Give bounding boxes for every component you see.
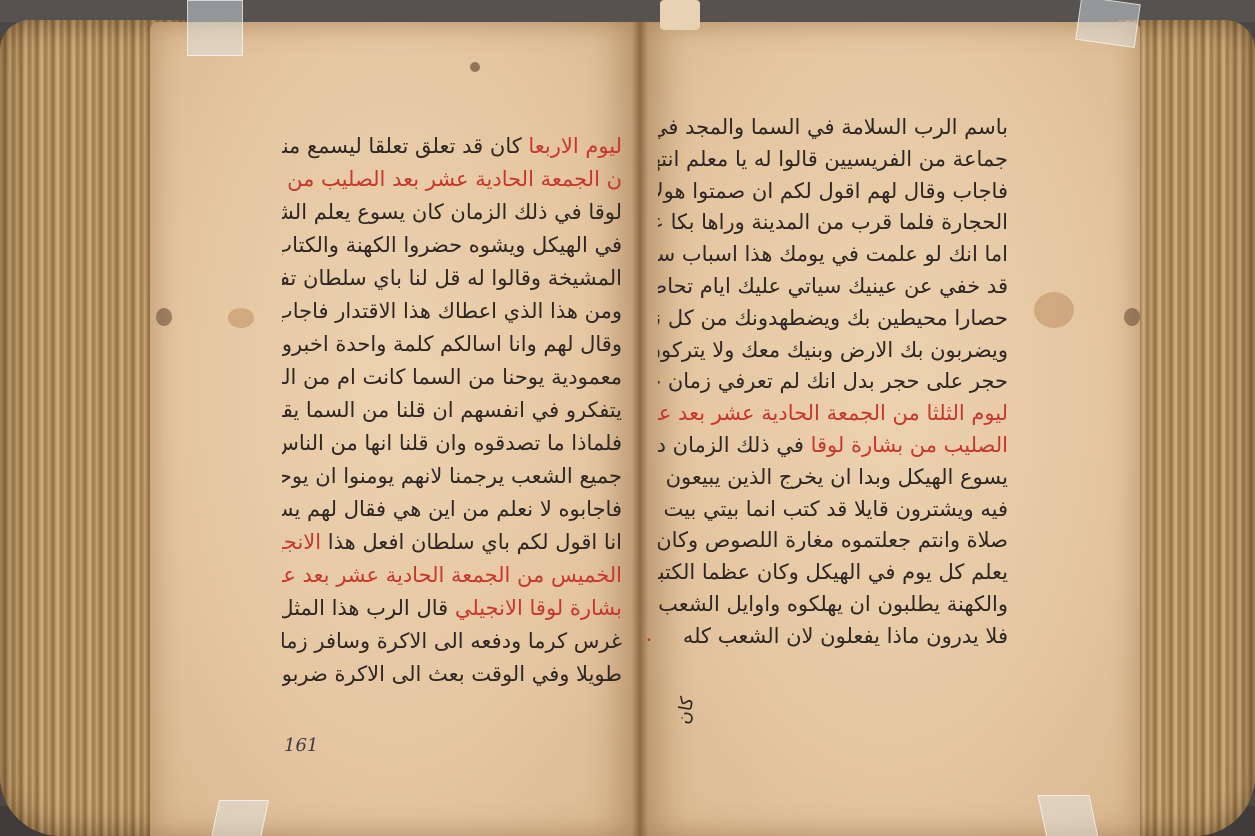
text-line: صلاة وانتم جعلتموه مغارة اللصوص وكان — [658, 525, 1008, 557]
line-text: في الهيكل ويشوه حضروا الكهنة والكتاب مع — [282, 233, 622, 257]
line-text: الحجارة فلما قرب من المدينة وراها بكا عل… — [658, 210, 1008, 234]
stain — [470, 62, 480, 72]
stain — [156, 308, 172, 326]
line-text: غرس كرما ودفعه الى الاكرة وسافر زمانا — [282, 629, 622, 653]
text-line: الصليب من بشارة لوقا في ذلك الزمان دخل — [658, 430, 1008, 462]
text-line: جميع الشعب يرجمنا لانهم يومنوا ان يوحنا … — [282, 460, 622, 493]
tape-clip — [1037, 795, 1098, 836]
margin-mark: • — [646, 635, 652, 646]
line-text: حصارا محيطين بك ويضطهدونك من كل ناحية — [658, 306, 1008, 330]
text-line: فلا يدرون ماذا يفعلون لان الشعب كله — [658, 621, 1008, 653]
text-line: فاجابوه لا نعلم من اين هي فقال لهم يسوع … — [282, 493, 622, 526]
rubric: الصليب من بشارة لوقا — [811, 433, 1008, 457]
line-text: فلا يدرون ماذا يفعلون لان الشعب كله — [683, 624, 1008, 648]
rubric: ن الجمعة الحادية عشر بعد الصليب من بشارة — [282, 167, 622, 191]
text-line: معمودية يوحنا من السما كانت ام من الناس … — [282, 361, 622, 394]
line-text: المشيخة وقالوا له قل لنا باي سلطان تفعل … — [282, 266, 622, 290]
line-text: يتفكرو في انفسهم ان قلنا من السما يقول ل… — [282, 398, 622, 422]
text-line: حصارا محيطين بك ويضطهدونك من كل ناحية — [658, 303, 1008, 335]
line-text: باسم الرب السلامة في السما والمجد في الع… — [658, 115, 1008, 139]
line-text: جميع الشعب يرجمنا لانهم يومنوا ان يوحنا … — [282, 464, 622, 488]
text-line: فلماذا ما تصدقوه وان قلنا انها من الناس … — [282, 427, 622, 460]
gutter — [632, 22, 648, 836]
text-line: يعلم كل يوم في الهيكل وكان عظما الكتبة — [658, 557, 1008, 589]
left-page-text: ليوم الاربعا كان قد تعلق تعلقا ليسمع منه… — [282, 130, 622, 691]
stain — [1124, 308, 1140, 326]
right-page-text: باسم الرب السلامة في السما والمجد في الع… — [658, 112, 1008, 653]
text-line: اما انك لو علمت في يومك هذا اسباب سلامتك… — [658, 239, 1008, 271]
text-line: الحجارة فلما قرب من المدينة وراها بكا عل… — [658, 207, 1008, 239]
line-text: في ذلك الزمان دخل — [658, 433, 804, 457]
line-text: قد خفي عن عينيك سياتي عليك ايام تحاصرك ا… — [658, 274, 1008, 298]
text-line: فاجاب وقال لهم اقول لكم ان صمتوا هولاي ت… — [658, 176, 1008, 208]
line-text: اما انك لو علمت في يومك هذا اسباب سلامتك… — [658, 242, 1008, 266]
text-line: ن الجمعة الحادية عشر بعد الصليب من بشارة — [282, 163, 622, 196]
line-text: صلاة وانتم جعلتموه مغارة اللصوص وكان — [658, 528, 1008, 552]
text-line: والكهنة يطلبون ان يهلكوه واوايل الشعب — [658, 589, 1008, 621]
text-line: جماعة من الفريسيين قالوا له يا معلم انته… — [658, 144, 1008, 176]
text-line: الخميس من الجمعة الحادية عشر بعد عيد الص… — [282, 559, 622, 592]
stain — [228, 308, 254, 328]
text-line: وقال لهم وانا اسالكم كلمة واحدة اخبروني — [282, 328, 622, 361]
text-line: ليوم الاربعا كان قد تعلق تعلقا ليسمع منه — [282, 130, 622, 163]
line-text: كان قد تعلق تعلقا ليسمع منه — [282, 134, 522, 158]
line-text: والكهنة يطلبون ان يهلكوه واوايل الشعب — [658, 592, 1008, 616]
line-text: يسوع الهيكل وبدا ان يخرج الذين يبيعون — [666, 465, 1008, 489]
text-line: باسم الرب السلامة في السما والمجد في الع… — [658, 112, 1008, 144]
line-text: انا اقول لكم باي سلطان افعل هذا — [328, 530, 622, 554]
text-line: فيه ويشترون قايلا قد كتب انما بيتي بيت — [658, 494, 1008, 526]
text-line: لوقا في ذلك الزمان كان يسوع يعلم الشعب — [282, 196, 622, 229]
text-line: حجر على حجر بدل انك لم تعرفي زمان خلاصك … — [658, 366, 1008, 398]
text-line: قد خفي عن عينيك سياتي عليك ايام تحاصرك ا… — [658, 271, 1008, 303]
rubric: ليوم الثلثا من الجمعة الحادية عشر بعد عي… — [658, 401, 1008, 425]
line-text: ومن هذا الذي اعطاك هذا الاقتدار فاجاب — [282, 299, 622, 323]
line-text: معمودية يوحنا من السما كانت ام من الناس … — [282, 365, 622, 389]
tape-clip — [1075, 0, 1141, 48]
text-line: ومن هذا الذي اعطاك هذا الاقتدار فاجاب — [282, 295, 622, 328]
line-text: فيه ويشترون قايلا قد كتب انما بيتي بيت — [664, 497, 1008, 521]
tape-clip — [187, 0, 243, 56]
text-line: المشيخة وقالوا له قل لنا باي سلطان تفعل … — [282, 262, 622, 295]
line-text: فلماذا ما تصدقوه وان قلنا انها من الناس … — [282, 431, 622, 455]
text-line: في الهيكل ويشوه حضروا الكهنة والكتاب مع — [282, 229, 622, 262]
text-line: بشارة لوقا الانجيلي قال الرب هذا المثل ا… — [282, 592, 622, 625]
stain — [1034, 292, 1074, 328]
line-text: جماعة من الفريسيين قالوا له يا معلم انته… — [658, 147, 1008, 171]
line-text: ويضربون بك الارض وبنيك معك ولا يتركون — [658, 338, 1008, 362]
line-text: فاجاب وقال لهم اقول لكم ان صمتوا هولاي ت… — [658, 179, 1008, 203]
line-text: لوقا في ذلك الزمان كان يسوع يعلم الشعب — [282, 200, 622, 224]
line-text: يعلم كل يوم في الهيكل وكان عظما الكتبة — [658, 560, 1008, 584]
rubric: الخميس من الجمعة الحادية عشر بعد عيد الص… — [282, 563, 622, 587]
spine-tab — [660, 0, 700, 30]
text-line: يسوع الهيكل وبدا ان يخرج الذين يبيعون — [658, 462, 1008, 494]
text-line: طويلا وفي الوقت بعث الى الاكرة ضربوه وار… — [282, 658, 622, 691]
rubric: بشارة لوقا الانجيلي — [455, 596, 622, 620]
rubric: ليوم الاربعا — [528, 134, 622, 158]
line-text: قال الرب هذا المثل انسان — [282, 596, 448, 620]
text-line: غرس كرما ودفعه الى الاكرة وسافر زمانا — [282, 625, 622, 658]
folio-number: 161 — [284, 735, 318, 756]
line-text: فاجابوه لا نعلم من اين هي فقال لهم يسوع … — [282, 497, 622, 521]
rubric: الانجيل ليوم — [282, 530, 321, 554]
text-line: يتفكرو في انفسهم ان قلنا من السما يقول ل… — [282, 394, 622, 427]
text-line: ويضربون بك الارض وبنيك معك ولا يتركون — [658, 335, 1008, 367]
tape-clip — [211, 800, 269, 836]
text-line: انا اقول لكم باي سلطان افعل هذا الانجيل … — [282, 526, 622, 559]
line-text: حجر على حجر بدل انك لم تعرفي زمان خلاصك — [658, 369, 1008, 393]
line-text: طويلا وفي الوقت بعث الى الاكرة ضربوه وار… — [282, 662, 622, 686]
text-line: ليوم الثلثا من الجمعة الحادية عشر بعد عي… — [658, 398, 1008, 430]
line-text: وقال لهم وانا اسالكم كلمة واحدة اخبروني — [282, 332, 622, 356]
